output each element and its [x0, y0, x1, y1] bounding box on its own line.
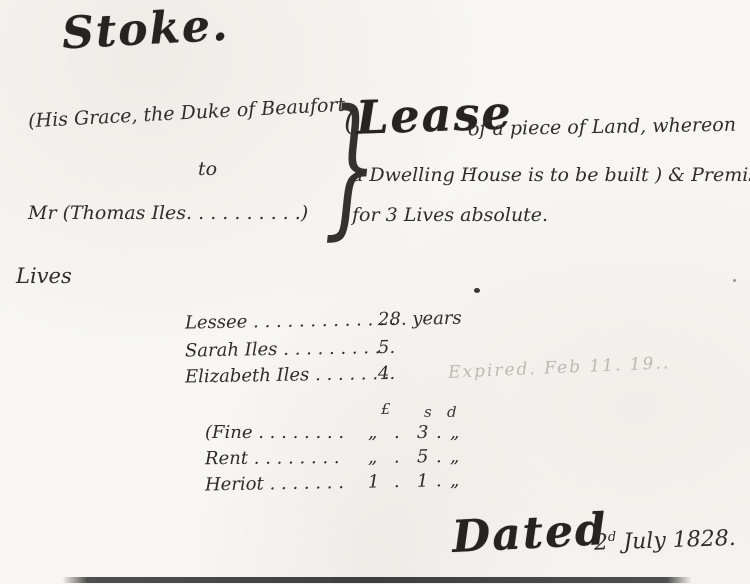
dated-value: 2d July 1828. [594, 526, 737, 556]
lease-line2: a Dwelling House is to be built ) & Prem… [352, 164, 750, 186]
scanned-lease-document: Stoke. (His Grace, the Duke of Beaufort … [0, 0, 750, 584]
life-name: Sarah Iles [185, 339, 278, 362]
life-name: Elizabeth Iles [185, 364, 310, 387]
dotted-leader: . . . . . . . . . [277, 337, 380, 360]
ink-speck [733, 279, 736, 282]
amount-separator: . [436, 446, 442, 467]
lease-line3: for 3 Lives absolute. [352, 204, 548, 226]
charge-name: Rent [205, 448, 248, 469]
charge-name: Heriot [205, 473, 264, 495]
charge-row-heriot: Heriot . . . . . . . 1 . 1 . „ [205, 470, 485, 501]
amount-pounds: „ [368, 422, 377, 443]
pencil-note: Expired. Feb 11. 19.. [448, 353, 671, 383]
lease-line1: of a piece of Land, whereon [468, 114, 736, 141]
lives-row-lessee: Lessee . . . . . . . . . . . . . 28. yea… [185, 307, 475, 338]
amount-separator: . [394, 471, 400, 492]
currency-pence-header: d [447, 403, 457, 421]
charge-row-fine: (Fine . . . . . . . . „ . 3 . „ [205, 422, 485, 448]
amount-pence: „ [450, 446, 460, 467]
amount-shillings: 1 [417, 471, 429, 492]
grantee-line: Mr (Thomas Iles. . . . . . . . . .) [28, 202, 308, 224]
life-value: 28. years [378, 308, 462, 330]
ink-speck [470, 168, 472, 171]
lease-open-paren: ( [344, 104, 355, 137]
dotted-leader: . . . . . . . . . . . . . [247, 309, 396, 333]
grantor-line: (His Grace, the Duke of Beaufort [28, 94, 346, 133]
charge-name: (Fine [205, 422, 253, 443]
lives-heading: Lives [16, 264, 72, 288]
ink-speck [474, 288, 480, 293]
amount-separator: . [436, 422, 442, 443]
amount-separator: . [394, 447, 400, 468]
currency-shillings-header: s [424, 403, 432, 421]
scan-edge-bar [62, 577, 692, 583]
life-value: 4. [378, 363, 396, 384]
place-title: Stoke. [61, 0, 231, 59]
amount-pounds: 1 [368, 471, 380, 492]
dated-day: 2 [594, 530, 609, 555]
amount-pence: „ [450, 422, 459, 443]
amount-pounds: „ [368, 447, 378, 468]
dotted-leader: . . . . . . . . [248, 447, 340, 469]
parties-connector: to [198, 158, 217, 180]
currency-pounds-header: £ [381, 400, 391, 418]
life-value: 5. [378, 337, 396, 358]
amount-separator: . [436, 470, 442, 491]
amount-shillings: 5 [417, 446, 429, 467]
lives-row-elizabeth: Elizabeth Iles . . . . . . . 4. [185, 361, 475, 392]
dotted-leader: . . . . . . . [264, 472, 344, 494]
amount-pence: „ [450, 470, 460, 491]
amount-separator: . [394, 422, 400, 443]
dated-keyword: Dated [451, 504, 609, 563]
amount-shillings: 3 [417, 422, 428, 443]
dotted-leader: . . . . . . . . [253, 422, 345, 443]
life-name: Lessee [185, 311, 248, 333]
dated-month-year: July 1828. [616, 526, 736, 555]
